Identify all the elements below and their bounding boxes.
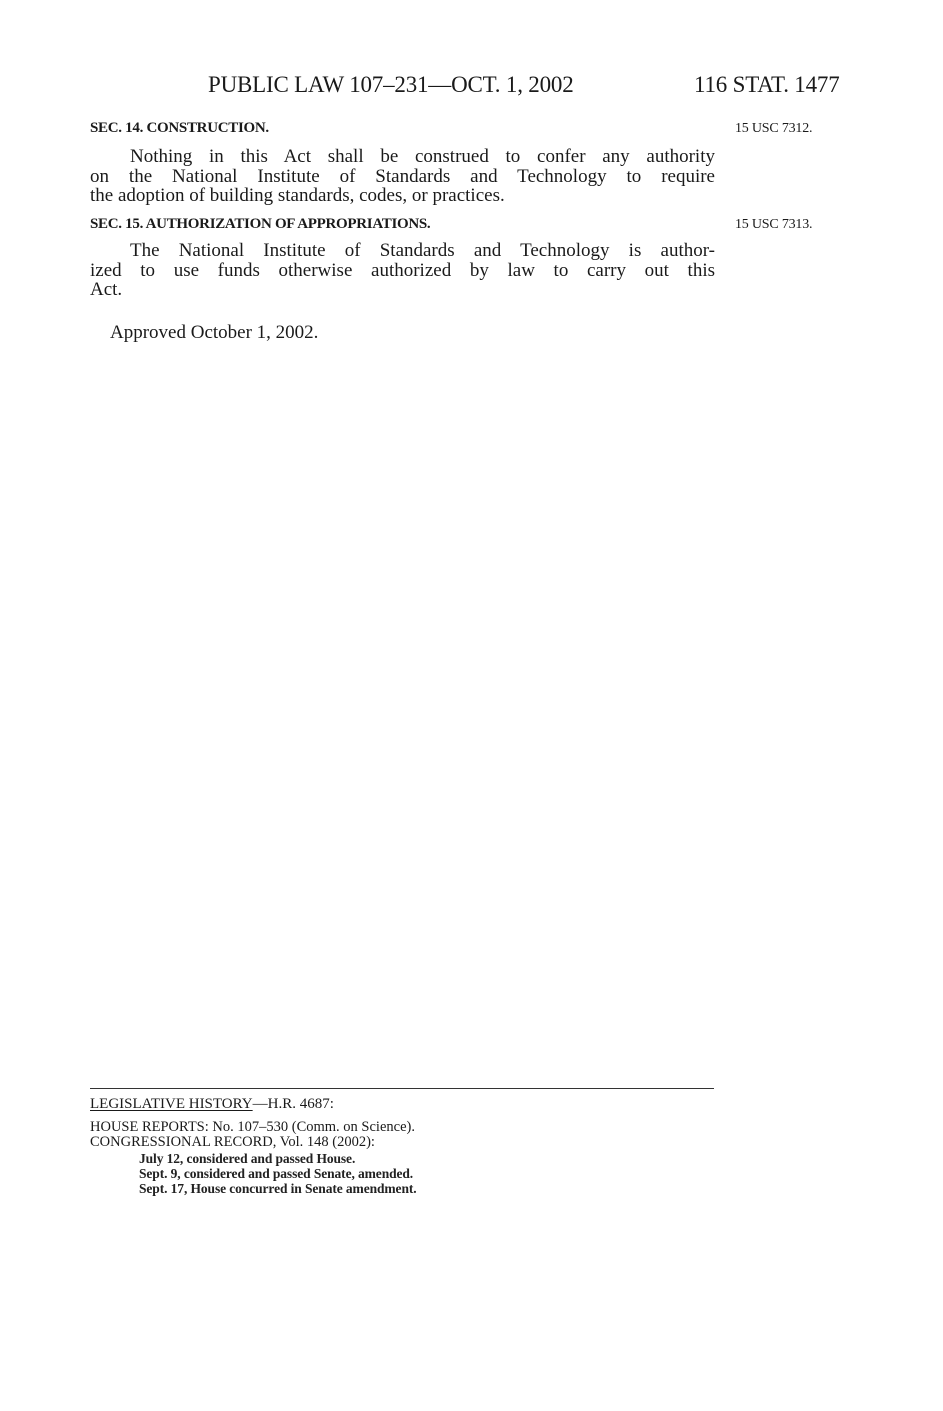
section-15-heading: SEC. 15. AUTHORIZATION OF APPROPRIATIONS… [90,216,430,233]
history-entry: Sept. 9, considered and passed Senate, a… [139,1166,413,1181]
section-14-line-2: on the National Institute of Standards a… [90,167,715,187]
house-reports: HOUSE REPORTS: No. 107–530 (Comm. on Sci… [90,1120,415,1135]
section-14-line-1: Nothing in this Act shall be construed t… [90,147,715,167]
running-head-public-law: PUBLIC LAW 107–231—OCT. 1, 2002 [208,72,574,98]
history-entry: Sept. 17, House concurred in Senate amen… [139,1181,417,1196]
section-15-usc-note: 15 USC 7313. [735,217,812,233]
approval-date: Approved October 1, 2002. [110,322,318,344]
legislative-history-bill: —H.R. 4687: [253,1096,334,1112]
section-14-body: Nothing in this Act shall be construed t… [90,147,715,206]
history-entry: July 12, considered and passed House. [139,1151,355,1166]
legislative-history-title: LEGISLATIVE HISTORY—H.R. 4687: [90,1096,334,1113]
section-14-heading: SEC. 14. CONSTRUCTION. [90,120,269,137]
congressional-record: CONGRESSIONAL RECORD, Vol. 148 (2002): [90,1135,375,1150]
footer-divider [90,1088,714,1089]
section-15-line-3: Act. [90,280,715,300]
section-14-line-3: the adoption of building standards, code… [90,186,715,206]
running-head-statute-page: 116 STAT. 1477 [694,72,840,98]
section-15-line-1: The National Institute of Standards and … [90,241,715,261]
legislative-history-label: LEGISLATIVE HISTORY [90,1096,253,1112]
section-15-line-2: ized to use funds otherwise authorized b… [90,261,715,281]
section-15-body: The National Institute of Standards and … [90,241,715,300]
section-14-usc-note: 15 USC 7312. [735,121,812,137]
